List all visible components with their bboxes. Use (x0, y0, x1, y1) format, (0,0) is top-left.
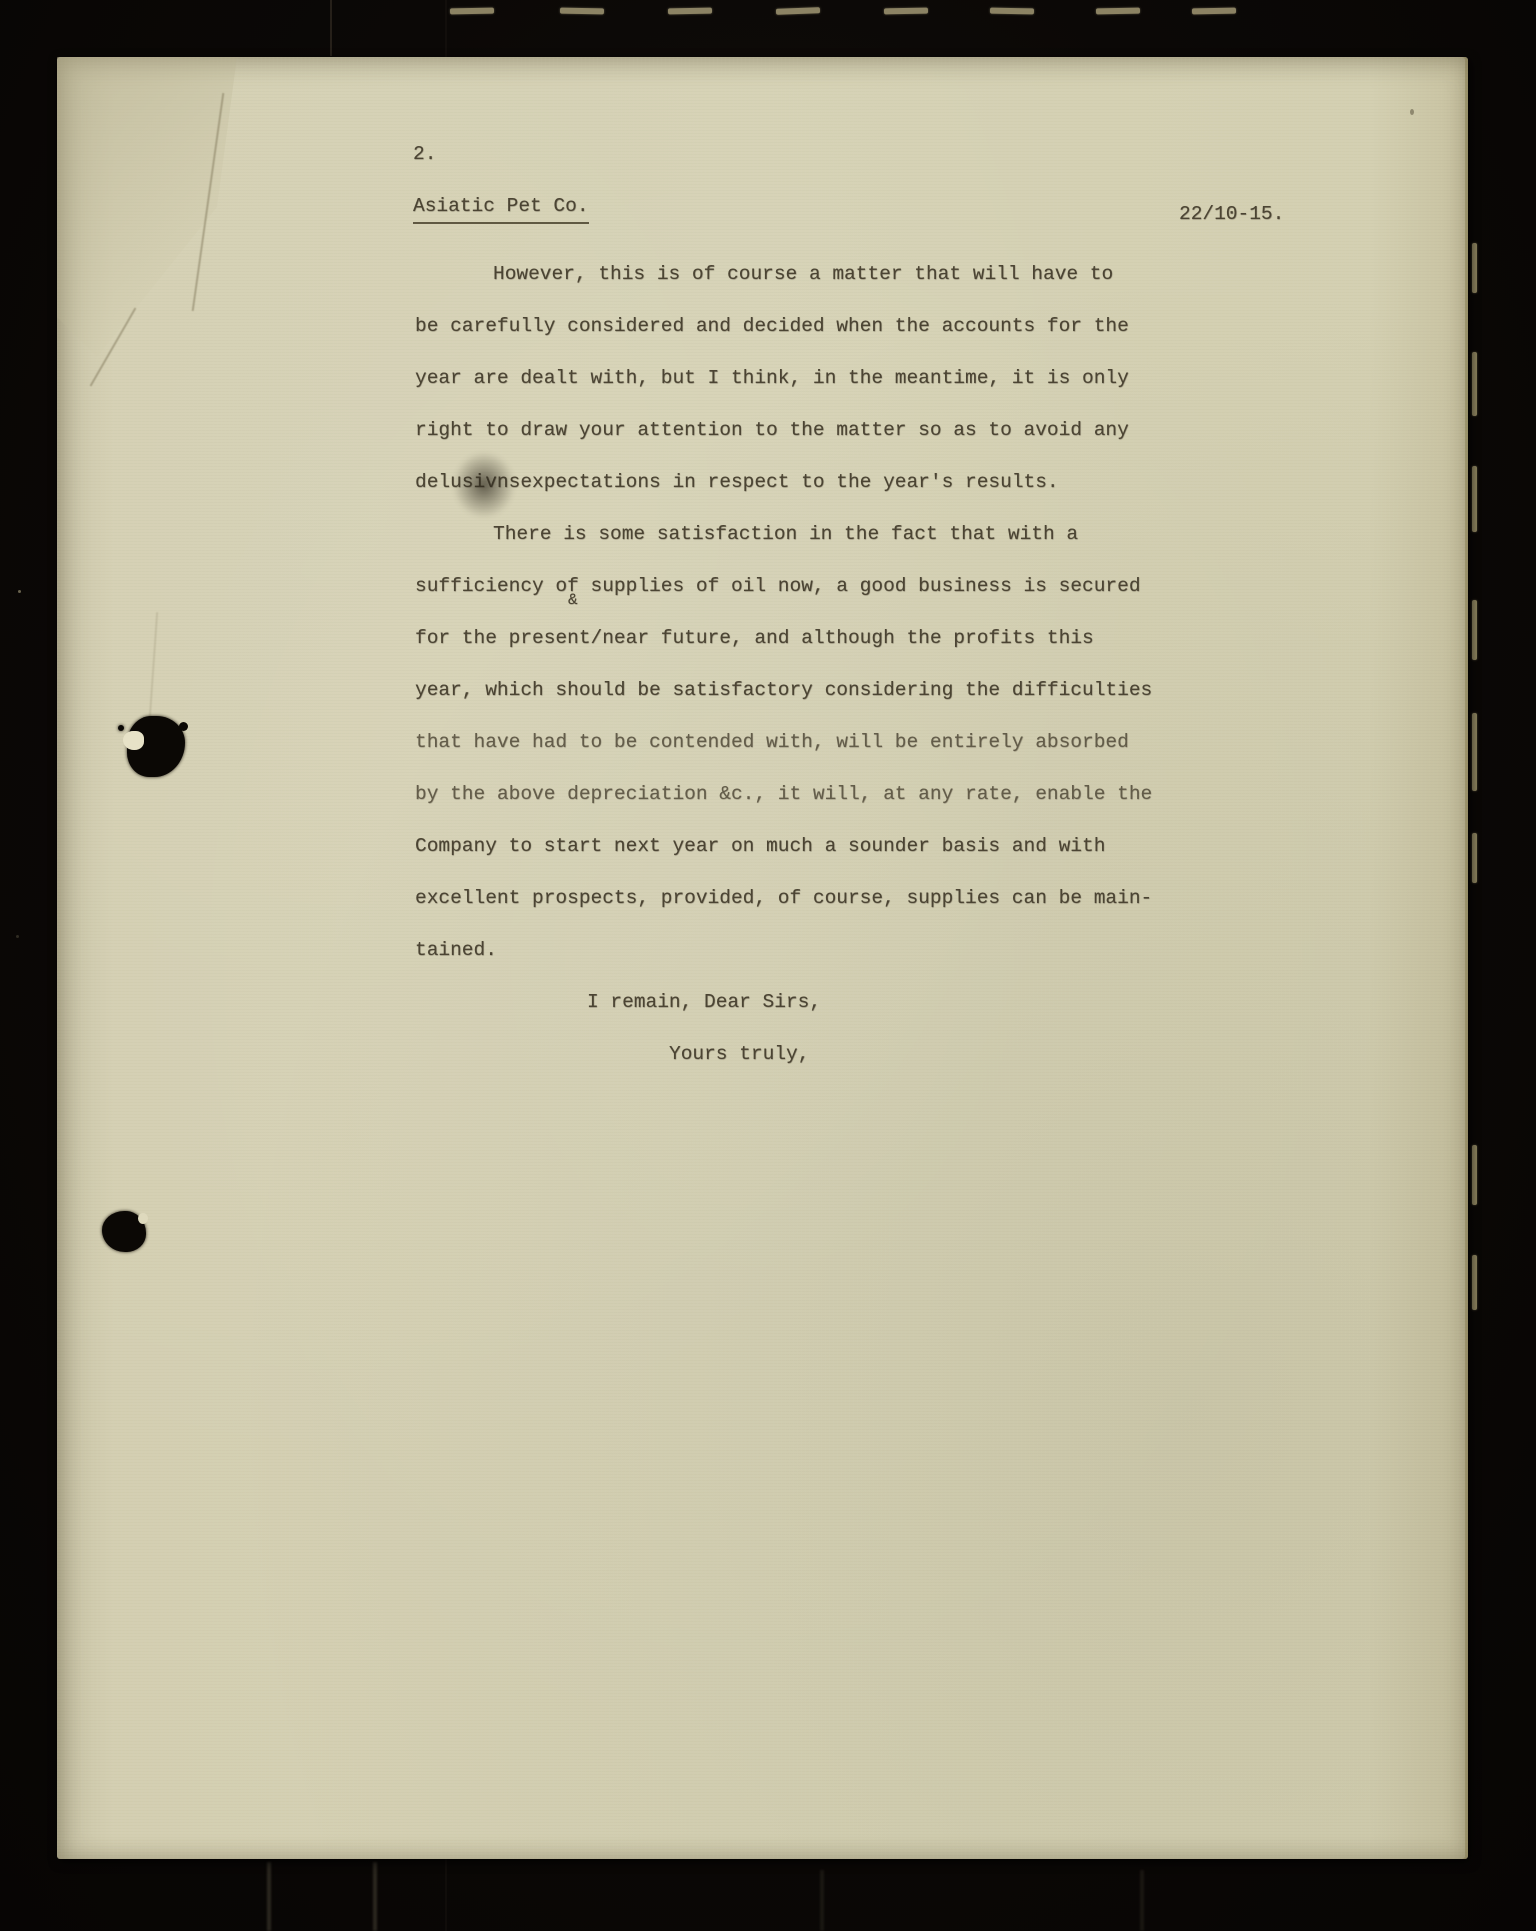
corner-fold (57, 57, 287, 387)
text-line: delusivnsexpectations in respect to the … (415, 456, 1195, 508)
stitch-mark (1472, 833, 1477, 883)
stitch-mark (450, 8, 494, 15)
stitch-mark (1472, 713, 1477, 791)
text-line: year are dealt with, but I think, in the… (415, 352, 1195, 404)
background-speck (16, 935, 19, 938)
hole-edge-nub (179, 722, 188, 731)
paper-fragment (138, 1213, 148, 1224)
text-line: However, this is of course a matter that… (415, 248, 1195, 300)
background-streak (267, 1862, 271, 1931)
paper-fragment (123, 731, 144, 750)
stitch-mark (560, 8, 604, 15)
crease-line (148, 612, 158, 732)
stitch-mark (1472, 243, 1477, 293)
text-line: tained. (415, 924, 1195, 976)
stitch-mark (884, 8, 928, 15)
crease-line (90, 308, 137, 387)
stitch-mark (990, 8, 1034, 15)
document-date: 22/10-15. (1179, 203, 1284, 225)
text-line: by the above depreciation &c., it will, … (415, 768, 1195, 820)
document-heading: Asiatic Pet Co. (413, 195, 589, 224)
text-line: right to draw your attention to the matt… (415, 404, 1195, 456)
background-streak (1140, 1870, 1144, 1931)
letter-page: 2. Asiatic Pet Co. 22/10-15. However, th… (57, 57, 1468, 1859)
ink-dot (118, 725, 124, 731)
text-line: for the present/near future, and althoug… (415, 612, 1195, 664)
crease-line (192, 93, 225, 311)
paper-speck (1410, 109, 1414, 115)
punch-hole-bottom (102, 1211, 146, 1252)
scanned-letter-screenshot: { "document": { "page_number": "2.", "he… (0, 0, 1536, 1931)
top-binding-marks (0, 0, 1536, 30)
stitch-mark (668, 8, 712, 15)
stitch-mark (1472, 1145, 1477, 1205)
stitch-mark (1096, 8, 1140, 15)
background-streak (820, 1870, 824, 1931)
closing-line: I remain, Dear Sirs, (415, 976, 1195, 1028)
insertion-mark: & (568, 591, 578, 609)
stitch-mark (1472, 466, 1477, 532)
stitch-mark (1192, 8, 1236, 15)
text-line: be carefully considered and decided when… (415, 300, 1195, 352)
signature-line: Yours truly, (415, 1028, 1195, 1080)
background-streak (373, 1862, 377, 1931)
stitch-mark (1472, 352, 1477, 416)
text-line: excellent prospects, provided, of course… (415, 872, 1195, 924)
stitch-mark (776, 7, 820, 15)
text-line: There is some satisfaction in the fact t… (415, 508, 1195, 560)
text-line: Company to start next year on much a sou… (415, 820, 1195, 872)
text-line: that have had to be contended with, will… (415, 716, 1195, 768)
text-line: sufficiency of supplies of oil now, a go… (415, 560, 1195, 612)
right-binding-marks (1466, 0, 1536, 1931)
background-speck (18, 590, 21, 593)
text-line: year, which should be satisfactory consi… (415, 664, 1195, 716)
stitch-mark (1472, 1255, 1477, 1310)
stitch-mark (1472, 600, 1477, 660)
page-number: 2. (413, 143, 436, 165)
letter-body: However, this is of course a matter that… (415, 248, 1195, 1080)
